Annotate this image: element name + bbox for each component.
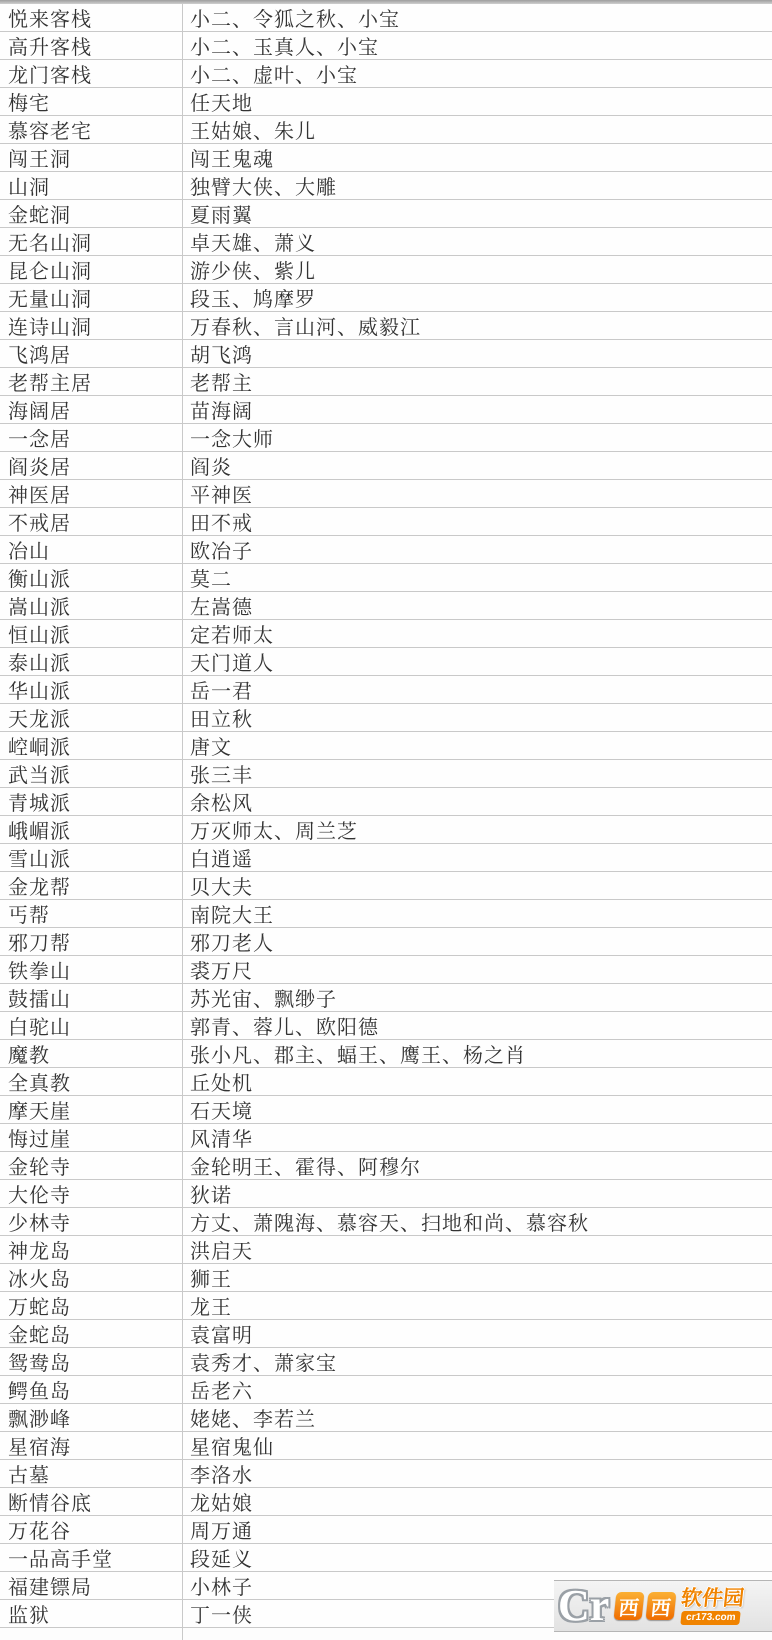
watermark-site-name: 软件园 <box>680 1588 745 1609</box>
table-row: 古墓李洛水 <box>0 1460 772 1488</box>
npc-cell: 段玉、鸠摩罗 <box>183 284 772 311</box>
npc-cell: 郭青、蓉儿、欧阳德 <box>183 1012 772 1039</box>
location-cell: 慕容老宅 <box>0 116 183 143</box>
npc-cell: 卓天雄、萧义 <box>183 228 772 255</box>
npc-cell: 周万通 <box>183 1516 772 1543</box>
location-cell: 全真教 <box>0 1068 183 1095</box>
npc-cell: 田立秋 <box>183 704 772 731</box>
location-cell: 大伦寺 <box>0 1180 183 1207</box>
table-row: 梅宅任天地 <box>0 88 772 116</box>
npc-cell: 定若师太 <box>183 620 772 647</box>
npc-cell: 独臂大侠、大雕 <box>183 172 772 199</box>
table-row: 高升客栈小二、玉真人、小宝 <box>0 32 772 60</box>
npc-cell: 小二、玉真人、小宝 <box>183 32 772 59</box>
npc-cell: 万灭师太、周兰芝 <box>183 816 772 843</box>
npc-cell: 左嵩德 <box>183 592 772 619</box>
location-cell: 断情谷底 <box>0 1488 183 1515</box>
location-cell: 一念居 <box>0 424 183 451</box>
location-cell: 冶山 <box>0 536 183 563</box>
location-cell: 白驼山 <box>0 1012 183 1039</box>
npc-cell: 方丈、萧隗海、慕容天、扫地和尚、慕容秋 <box>183 1208 772 1235</box>
location-cell: 飘渺峰 <box>0 1404 183 1431</box>
table-row: 万花谷周万通 <box>0 1516 772 1544</box>
location-cell: 龙门客栈 <box>0 60 183 87</box>
location-cell: 老帮主居 <box>0 368 183 395</box>
table-row: 星宿海星宿鬼仙 <box>0 1432 772 1460</box>
table-row: 大伦寺狄诺 <box>0 1180 772 1208</box>
location-cell: 金龙帮 <box>0 872 183 899</box>
location-cell: 金轮寺 <box>0 1152 183 1179</box>
location-cell: 金蛇洞 <box>0 200 183 227</box>
table-row: 金蛇岛袁富明 <box>0 1320 772 1348</box>
table-row: 冶山欧冶子 <box>0 536 772 564</box>
location-cell: 万蛇岛 <box>0 1292 183 1319</box>
table-row: 飞鸿居胡飞鸿 <box>0 340 772 368</box>
npc-cell: 张小凡、郡主、蝠王、鹰王、杨之肖 <box>183 1040 772 1067</box>
table-row: 青城派余松风 <box>0 788 772 816</box>
table-row: 阎炎居阎炎 <box>0 452 772 480</box>
table-row: 丐帮南院大王 <box>0 900 772 928</box>
location-cell: 无名山洞 <box>0 228 183 255</box>
table-row: 少林寺方丈、萧隗海、慕容天、扫地和尚、慕容秋 <box>0 1208 772 1236</box>
location-cell: 无量山洞 <box>0 284 183 311</box>
location-cell: 华山派 <box>0 676 183 703</box>
tail-location-cell <box>0 1628 183 1640</box>
npc-cell: 田不戒 <box>183 508 772 535</box>
table-row: 无量山洞段玉、鸠摩罗 <box>0 284 772 312</box>
npc-cell: 金轮明王、霍得、阿穆尔 <box>183 1152 772 1179</box>
location-cell: 少林寺 <box>0 1208 183 1235</box>
table-row: 悦来客栈小二、令狐之秋、小宝 <box>0 4 772 32</box>
npc-cell: 苗海阔 <box>183 396 772 423</box>
watermark-site-url: cr173.com <box>681 1611 742 1625</box>
location-cell: 鼓擂山 <box>0 984 183 1011</box>
location-cell: 山洞 <box>0 172 183 199</box>
npc-cell: 苏光宙、飘缈子 <box>183 984 772 1011</box>
table-row: 海阔居苗海阔 <box>0 396 772 424</box>
npc-cell: 丘处机 <box>183 1068 772 1095</box>
npc-cell: 唐文 <box>183 732 772 759</box>
npc-cell: 龙王 <box>183 1292 772 1319</box>
table-row: 泰山派天门道人 <box>0 648 772 676</box>
location-cell: 摩天崖 <box>0 1096 183 1123</box>
table-row: 恒山派定若师太 <box>0 620 772 648</box>
npc-cell: 余松风 <box>183 788 772 815</box>
location-npc-table: 悦来客栈小二、令狐之秋、小宝高升客栈小二、玉真人、小宝龙门客栈小二、虚叶、小宝梅… <box>0 4 772 1628</box>
npc-cell: 胡飞鸿 <box>183 340 772 367</box>
npc-cell: 龙姑娘 <box>183 1488 772 1515</box>
location-cell: 青城派 <box>0 788 183 815</box>
table-row: 魔教张小凡、郡主、蝠王、鹰王、杨之肖 <box>0 1040 772 1068</box>
npc-cell: 张三丰 <box>183 760 772 787</box>
table-row: 冰火岛狮王 <box>0 1264 772 1292</box>
npc-cell: 万春秋、言山河、威毅江 <box>183 312 772 339</box>
table-row: 连诗山洞万春秋、言山河、威毅江 <box>0 312 772 340</box>
npc-cell: 洪启天 <box>183 1236 772 1263</box>
table-row: 昆仑山洞游少侠、紫儿 <box>0 256 772 284</box>
table-row: 衡山派莫二 <box>0 564 772 592</box>
npc-cell: 袁富明 <box>183 1320 772 1347</box>
table-row: 无名山洞卓天雄、萧义 <box>0 228 772 256</box>
table-row: 天龙派田立秋 <box>0 704 772 732</box>
table-row: 华山派岳一君 <box>0 676 772 704</box>
location-cell: 峨嵋派 <box>0 816 183 843</box>
screenshot-page: 悦来客栈小二、令狐之秋、小宝高升客栈小二、玉真人、小宝龙门客栈小二、虚叶、小宝梅… <box>0 0 772 1640</box>
location-cell: 星宿海 <box>0 1432 183 1459</box>
npc-cell: 姥姥、李若兰 <box>183 1404 772 1431</box>
npc-cell: 南院大王 <box>183 900 772 927</box>
location-cell: 高升客栈 <box>0 32 183 59</box>
npc-cell: 风清华 <box>183 1124 772 1151</box>
npc-cell: 平神医 <box>183 480 772 507</box>
table-row: 断情谷底龙姑娘 <box>0 1488 772 1516</box>
table-row: 万蛇岛龙王 <box>0 1292 772 1320</box>
npc-cell: 小二、令狐之秋、小宝 <box>183 4 772 31</box>
location-cell: 嵩山派 <box>0 592 183 619</box>
table-row: 飘渺峰姥姥、李若兰 <box>0 1404 772 1432</box>
table-row: 白驼山郭青、蓉儿、欧阳德 <box>0 1012 772 1040</box>
location-cell: 梅宅 <box>0 88 183 115</box>
location-cell: 古墓 <box>0 1460 183 1487</box>
location-cell: 金蛇岛 <box>0 1320 183 1347</box>
table-row: 闯王洞闯王鬼魂 <box>0 144 772 172</box>
location-cell: 海阔居 <box>0 396 183 423</box>
table-row: 老帮主居老帮主 <box>0 368 772 396</box>
npc-cell: 狮王 <box>183 1264 772 1291</box>
table-row: 金蛇洞夏雨翼 <box>0 200 772 228</box>
table-row: 神医居平神医 <box>0 480 772 508</box>
npc-cell: 欧冶子 <box>183 536 772 563</box>
watermark-tile-icon: 西 <box>614 1592 645 1620</box>
site-watermark: Cr 西 西 软件园 cr173.com <box>554 1580 772 1632</box>
npc-cell: 星宿鬼仙 <box>183 1432 772 1459</box>
location-cell: 阎炎居 <box>0 452 183 479</box>
npc-cell: 邪刀老人 <box>183 928 772 955</box>
location-cell: 监狱 <box>0 1600 183 1627</box>
npc-cell: 老帮主 <box>183 368 772 395</box>
table-row: 金轮寺金轮明王、霍得、阿穆尔 <box>0 1152 772 1180</box>
location-cell: 悦来客栈 <box>0 4 183 31</box>
location-cell: 不戒居 <box>0 508 183 535</box>
location-cell: 悔过崖 <box>0 1124 183 1151</box>
table-row: 鸳鸯岛袁秀才、萧家宝 <box>0 1348 772 1376</box>
table-row: 鼓擂山苏光宙、飘缈子 <box>0 984 772 1012</box>
location-cell: 福建镖局 <box>0 1572 183 1599</box>
npc-cell: 一念大师 <box>183 424 772 451</box>
watermark-tile-icon: 西 <box>646 1592 677 1620</box>
npc-cell: 天门道人 <box>183 648 772 675</box>
table-row: 神龙岛洪启天 <box>0 1236 772 1264</box>
npc-cell: 王姑娘、朱儿 <box>183 116 772 143</box>
location-cell: 魔教 <box>0 1040 183 1067</box>
watermark-cr-logo-icon: Cr <box>558 1584 609 1628</box>
table-row: 武当派张三丰 <box>0 760 772 788</box>
location-cell: 神医居 <box>0 480 183 507</box>
table-row: 一品高手堂段延义 <box>0 1544 772 1572</box>
location-cell: 丐帮 <box>0 900 183 927</box>
table-row: 山洞独臂大侠、大雕 <box>0 172 772 200</box>
npc-cell: 任天地 <box>183 88 772 115</box>
npc-cell: 袁秀才、萧家宝 <box>183 1348 772 1375</box>
table-row: 崆峒派唐文 <box>0 732 772 760</box>
npc-cell: 夏雨翼 <box>183 200 772 227</box>
table-row: 鳄鱼岛岳老六 <box>0 1376 772 1404</box>
location-cell: 武当派 <box>0 760 183 787</box>
npc-cell: 闯王鬼魂 <box>183 144 772 171</box>
npc-cell: 段延义 <box>183 1544 772 1571</box>
table-row: 一念居一念大师 <box>0 424 772 452</box>
npc-cell: 石天境 <box>183 1096 772 1123</box>
table-row: 摩天崖石天境 <box>0 1096 772 1124</box>
table-row: 峨嵋派万灭师太、周兰芝 <box>0 816 772 844</box>
location-cell: 冰火岛 <box>0 1264 183 1291</box>
table-row: 雪山派白逍遥 <box>0 844 772 872</box>
table-row: 铁拳山裘万尺 <box>0 956 772 984</box>
table-row: 邪刀帮邪刀老人 <box>0 928 772 956</box>
location-cell: 飞鸿居 <box>0 340 183 367</box>
table-row: 悔过崖风清华 <box>0 1124 772 1152</box>
location-cell: 衡山派 <box>0 564 183 591</box>
location-cell: 昆仑山洞 <box>0 256 183 283</box>
npc-cell: 小二、虚叶、小宝 <box>183 60 772 87</box>
location-cell: 鸳鸯岛 <box>0 1348 183 1375</box>
location-cell: 万花谷 <box>0 1516 183 1543</box>
location-cell: 天龙派 <box>0 704 183 731</box>
location-cell: 邪刀帮 <box>0 928 183 955</box>
location-cell: 雪山派 <box>0 844 183 871</box>
npc-cell: 裘万尺 <box>183 956 772 983</box>
location-cell: 闯王洞 <box>0 144 183 171</box>
watermark-text-block: 软件园 cr173.com <box>681 1588 744 1625</box>
npc-cell: 狄诺 <box>183 1180 772 1207</box>
npc-cell: 白逍遥 <box>183 844 772 871</box>
location-cell: 一品高手堂 <box>0 1544 183 1571</box>
npc-cell: 岳一君 <box>183 676 772 703</box>
table-row: 不戒居田不戒 <box>0 508 772 536</box>
location-cell: 恒山派 <box>0 620 183 647</box>
location-cell: 崆峒派 <box>0 732 183 759</box>
location-cell: 泰山派 <box>0 648 183 675</box>
table-row: 慕容老宅王姑娘、朱儿 <box>0 116 772 144</box>
table-row: 金龙帮贝大夫 <box>0 872 772 900</box>
table-row: 全真教丘处机 <box>0 1068 772 1096</box>
npc-cell: 岳老六 <box>183 1376 772 1403</box>
table-row: 龙门客栈小二、虚叶、小宝 <box>0 60 772 88</box>
npc-cell: 李洛水 <box>183 1460 772 1487</box>
npc-cell: 贝大夫 <box>183 872 772 899</box>
location-cell: 神龙岛 <box>0 1236 183 1263</box>
location-cell: 铁拳山 <box>0 956 183 983</box>
npc-cell: 游少侠、紫儿 <box>183 256 772 283</box>
npc-cell: 阎炎 <box>183 452 772 479</box>
npc-cell: 莫二 <box>183 564 772 591</box>
table-row: 嵩山派左嵩德 <box>0 592 772 620</box>
location-cell: 连诗山洞 <box>0 312 183 339</box>
location-cell: 鳄鱼岛 <box>0 1376 183 1403</box>
